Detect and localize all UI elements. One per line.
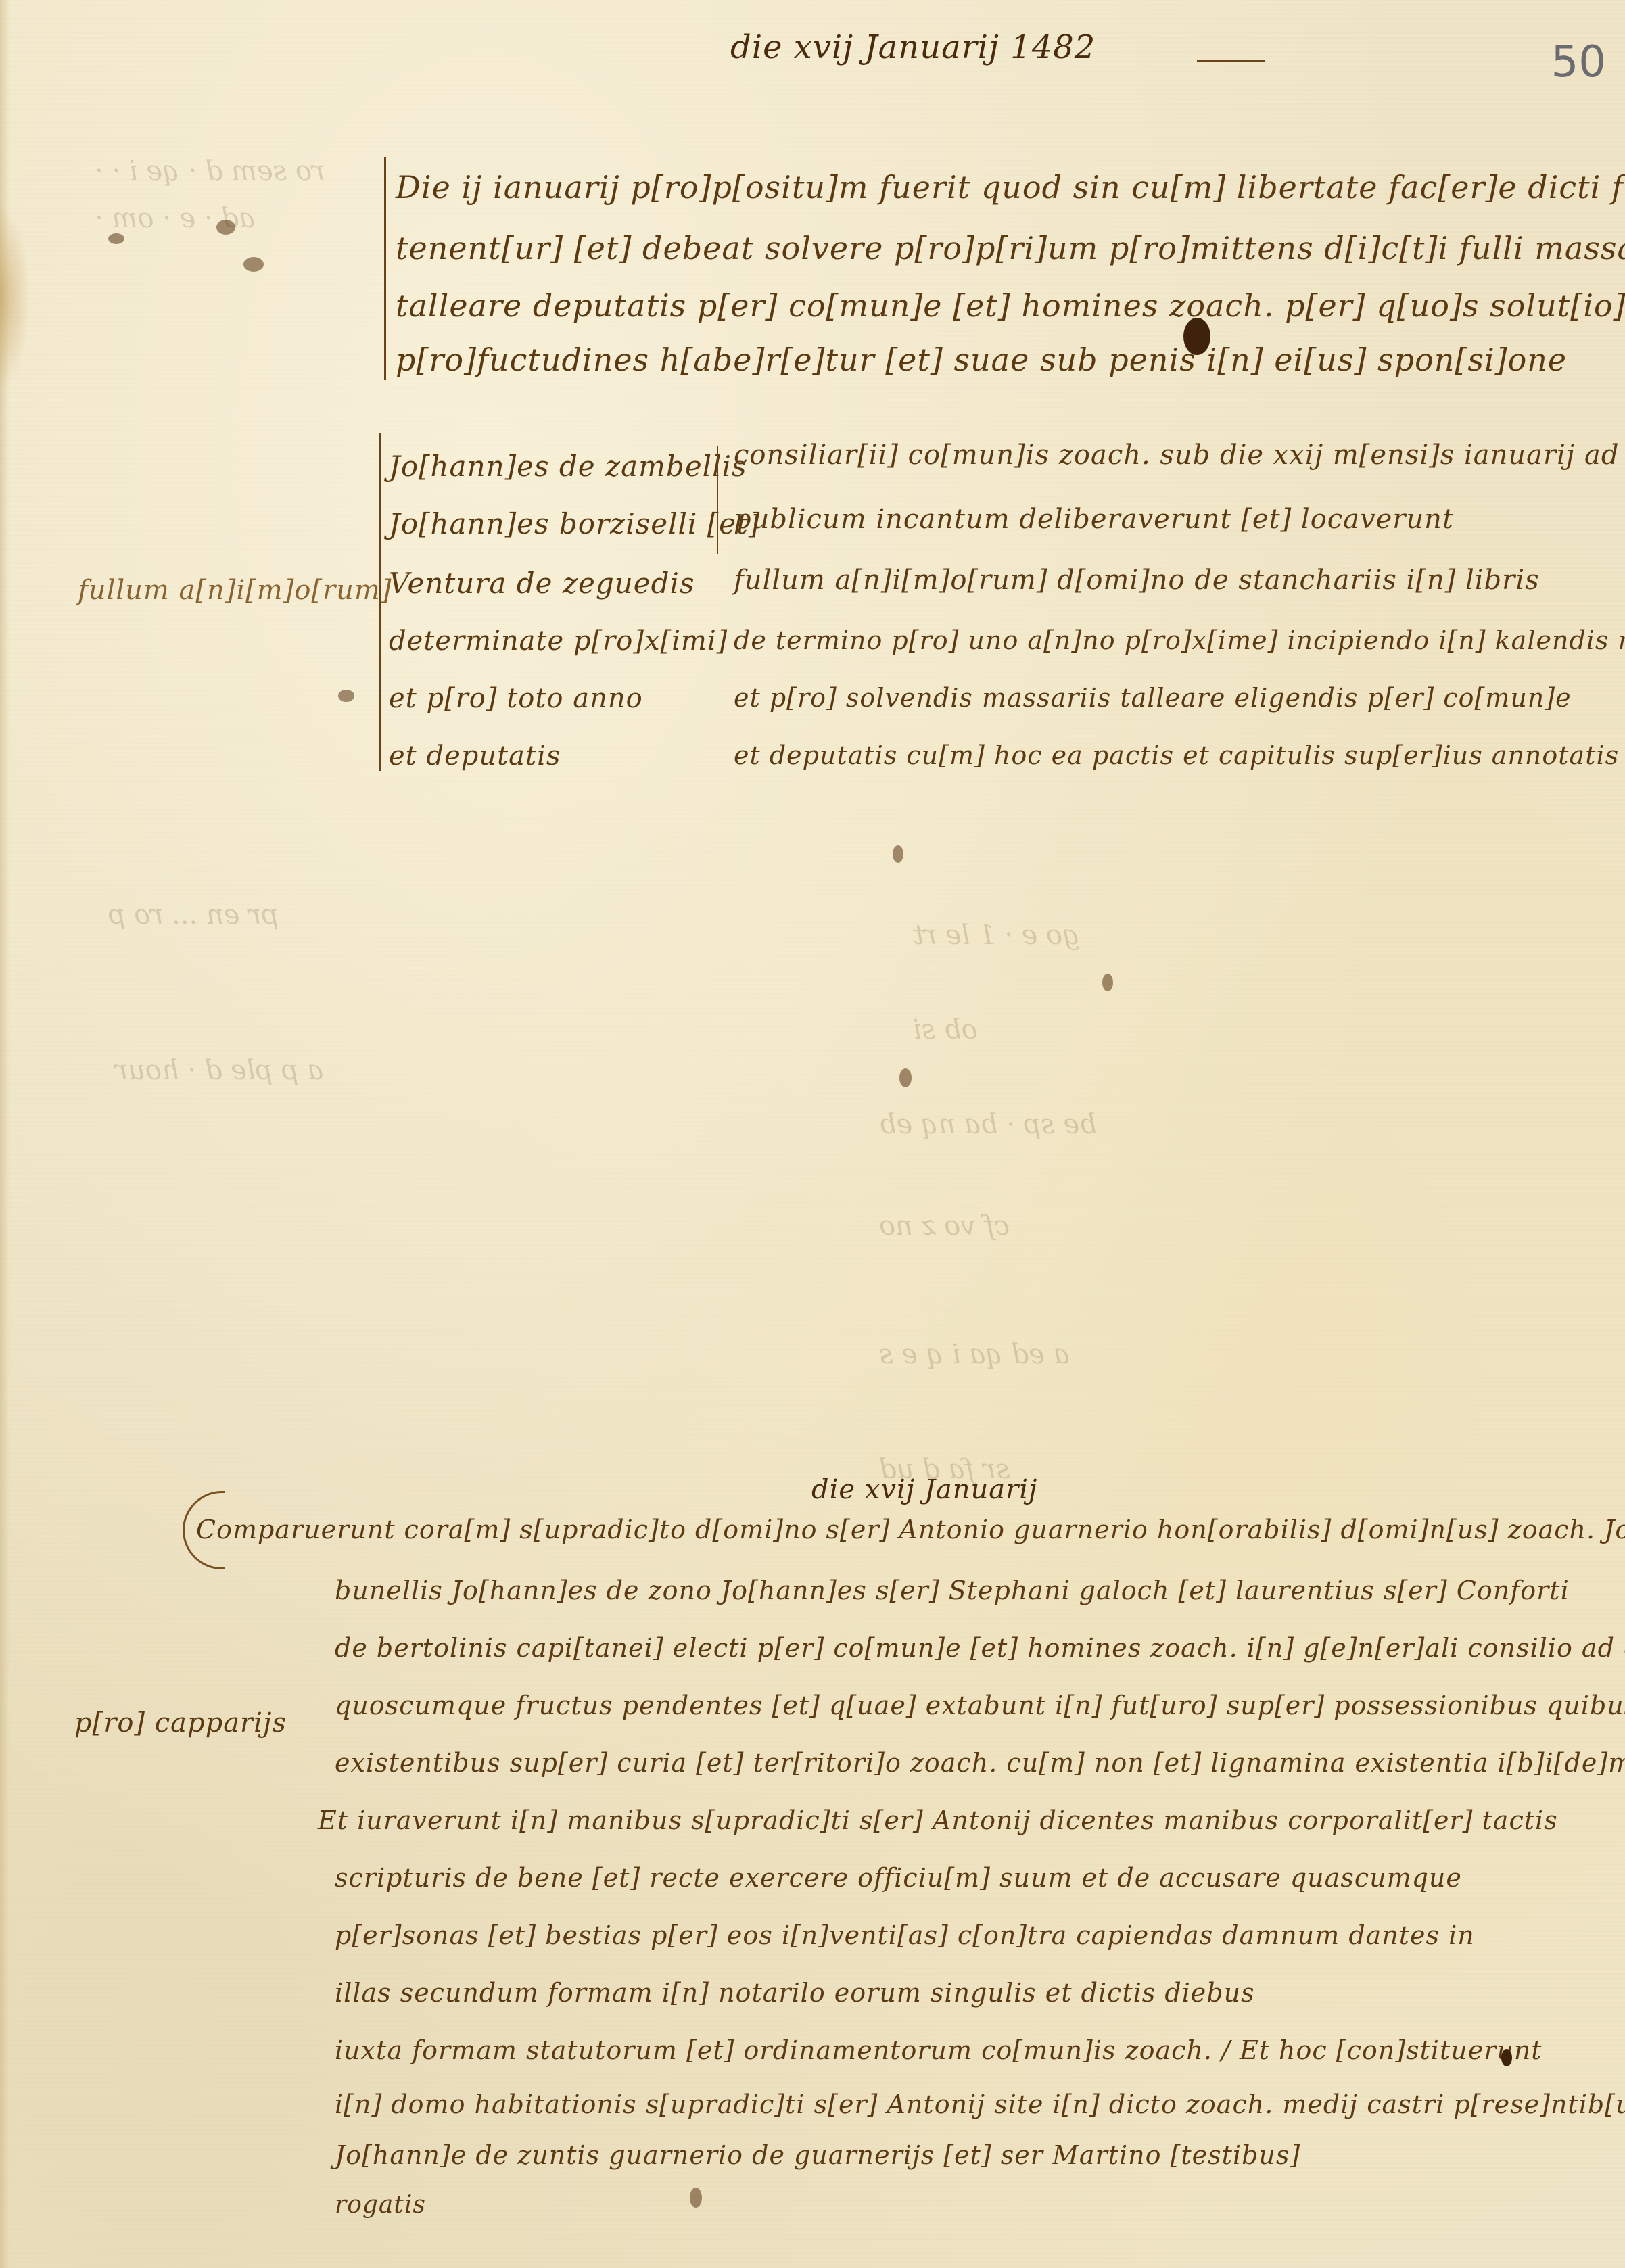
ink-blot bbox=[690, 2188, 702, 2208]
entry-2-line-4: de termino p[ro] uno a[n]no p[ro]x[ime] … bbox=[734, 625, 1625, 655]
left-cont-2: et p[ro] toto anno bbox=[389, 683, 643, 714]
entry-2-line-3: fullum a[n]i[m]o[rum] d[omi]no de stanch… bbox=[734, 565, 1540, 596]
entry-1-line-2: tenent[ur] [et] debeat solvere p[ro]p[ri… bbox=[396, 230, 1625, 266]
entry-3-line-4: quoscumque fructus pendentes [et] q[uae]… bbox=[335, 1691, 1625, 1720]
margin-note: fullum a[n]i[m]o[rum] bbox=[78, 575, 392, 606]
margin-rule bbox=[384, 157, 386, 380]
entry-3-line-1: Comparuerunt cora[m] s[upradic]to d[omi]… bbox=[196, 1515, 1625, 1544]
entry-3-line-2: bunellis Jo[hann]es de zono Jo[hann]es s… bbox=[335, 1576, 1570, 1605]
entry-3-line-11: i[n] domo habitationis s[upradic]ti s[er… bbox=[335, 2089, 1625, 2119]
ink-blot bbox=[1501, 2049, 1512, 2066]
entry-3-line-13: rogatis bbox=[335, 2191, 426, 2219]
name-1: Jo[hann]es de zambellis bbox=[389, 450, 747, 483]
entry-3-line-5: existentibus sup[er] curia [et] ter[rito… bbox=[335, 1748, 1625, 1778]
margin-note: p[ro] capparijs bbox=[74, 1707, 287, 1739]
header-date: die xvij Januarij 1482 bbox=[730, 28, 1096, 66]
entry-3-line-3: de bertolinis capi[tanei] electi p[er] c… bbox=[335, 1633, 1625, 1663]
entry-1-line-4: p[ro]fuctudines h[abe]r[e]tur [et] suae … bbox=[396, 341, 1567, 378]
entry-2-line-2: publicum incantum deliberaverunt [et] lo… bbox=[734, 504, 1454, 535]
name-2: Jo[hann]es borziselli [et] bbox=[389, 507, 760, 540]
entry-3-line-12: Jo[hann]e de zuntis guarnerio de guarner… bbox=[335, 2140, 1300, 2170]
entry-1-line-3: talleare deputatis p[er] co[mun]e [et] h… bbox=[396, 287, 1625, 324]
entry-2-line-6: et deputatis cu[m] hoc ea pactis et capi… bbox=[734, 740, 1619, 770]
entry-3-line-10: iuxta formam statutorum [et] ordinamento… bbox=[335, 2035, 1542, 2065]
entry-3-line-7: scripturis de bene [et] recte exercere o… bbox=[335, 1863, 1462, 1893]
left-cont-3: et deputatis bbox=[389, 740, 561, 772]
entry-3-line-9: illas secundum formam i[n] notarilo eoru… bbox=[335, 1978, 1255, 2008]
water-stain bbox=[0, 203, 30, 392]
entry-2-line-1: consiliar[ii] co[mun]is zoach. sub die x… bbox=[734, 440, 1619, 471]
entry-2-line-5: et p[ro] solvendis massariis talleare el… bbox=[734, 683, 1572, 713]
entry-1-line-1: Die ij ianuarij p[ro]p[ositu]m fuerit qu… bbox=[396, 169, 1625, 206]
header-flourish bbox=[1197, 60, 1265, 62]
entry-3-line-8: p[er]sonas [et] bestias p[er] eos i[n]ve… bbox=[335, 1920, 1475, 1950]
name-3: Ventura de zeguedis bbox=[389, 567, 695, 600]
entry-3-line-6: Et iuraverunt i[n] manibus s[upradic]ti … bbox=[318, 1805, 1558, 1835]
left-cont-1: determinate p[ro]x[imi] bbox=[389, 625, 728, 657]
column-divider bbox=[717, 446, 718, 554]
folio-number: 50 bbox=[1551, 37, 1606, 87]
subheader-date: die xvij Januarij bbox=[811, 1474, 1037, 1505]
ink-blot bbox=[1183, 318, 1210, 355]
